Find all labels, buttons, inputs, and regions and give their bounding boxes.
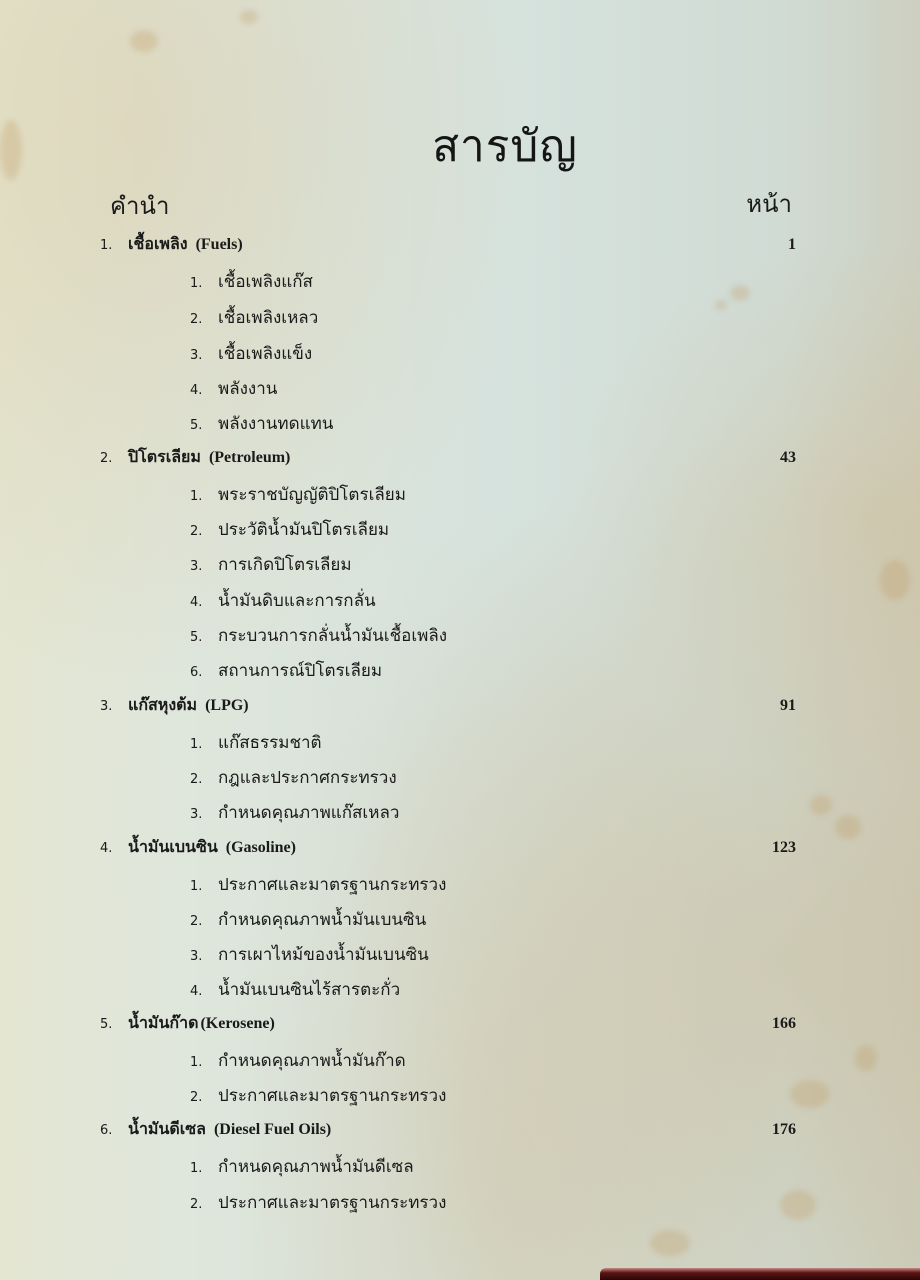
toc-section[interactable]: 1. พระราชบัญญัติปิโตรเลียม (190, 481, 406, 509)
chapter-page-number: 1 (788, 236, 796, 254)
chapter-title-en: (Kerosene) (200, 1015, 274, 1033)
paper-stain (730, 285, 750, 301)
chapter-title-en: (Gasoline) (226, 839, 296, 857)
section-title: ประกาศและมาตรฐานกระทรวง (218, 1082, 446, 1109)
toc-section[interactable]: 3. กำหนดคุณภาพแก๊สเหลว (190, 799, 399, 827)
chapter-title-en: (Petroleum) (209, 449, 290, 467)
chapter-page-number: 91 (780, 697, 796, 715)
chapter-number: 6. (100, 1123, 128, 1138)
chapter-page-number: 176 (772, 1121, 796, 1139)
paper-stain (130, 30, 158, 52)
paper-stain (715, 300, 727, 310)
section-number: 1. (190, 1161, 218, 1176)
section-title: น้ำมันดิบและการกลั่น (218, 587, 376, 614)
section-number: 1. (190, 489, 218, 504)
toc-section[interactable]: 4. น้ำมันเบนซินไร้สารตะกั่ว (190, 976, 400, 1004)
toc-section[interactable]: 3. การเผาไหม้ของน้ำมันเบนซิน (190, 941, 429, 969)
section-number: 1. (190, 276, 218, 291)
paper-stain (855, 1045, 877, 1071)
chapter-title-th: น้ำมันก๊าด (128, 1011, 198, 1036)
chapter-title-th: แก๊สหุงต้ม (128, 693, 197, 718)
toc-section[interactable]: 1. กำหนดคุณภาพน้ำมันก๊าด (190, 1047, 406, 1075)
toc-chapter[interactable]: 3. แก๊สหุงต้ม (LPG) 91 (100, 693, 796, 721)
chapter-title-en: (Diesel Fuel Oils) (214, 1121, 331, 1139)
chapter-page-number: 43 (780, 449, 796, 467)
paper-stain (835, 815, 861, 839)
chapter-title-th: น้ำมันดีเซล (128, 1117, 206, 1142)
chapter-number: 4. (100, 841, 128, 856)
section-title: กำหนดคุณภาพน้ำมันก๊าด (218, 1047, 406, 1074)
paper-stain (880, 560, 910, 600)
section-number: 2. (190, 524, 218, 539)
toc-chapter[interactable]: 6. น้ำมันดีเซล (Diesel Fuel Oils) 176 (100, 1117, 796, 1145)
toc-section[interactable]: 4. น้ำมันดิบและการกลั่น (190, 587, 376, 615)
chapter-title-th: เชื้อเพลิง (128, 232, 188, 257)
page-column-header: หน้า (746, 184, 792, 223)
chapter-number: 3. (100, 699, 128, 714)
page-title: สารบัญ (0, 111, 920, 181)
toc-section[interactable]: 3. เชื้อเพลิงแข็ง (190, 340, 312, 368)
section-number: 6. (190, 665, 218, 680)
section-number: 2. (190, 1197, 218, 1212)
section-title: กำหนดคุณภาพน้ำมันดีเซล (218, 1153, 414, 1180)
toc-section[interactable]: 5. พลังงานทดแทน (190, 410, 333, 438)
section-title: กำหนดคุณภาพแก๊สเหลว (218, 799, 399, 826)
toc-section[interactable]: 2. ประวัติน้ำมันปิโตรเลียม (190, 516, 389, 544)
section-title: เชื้อเพลิงเหลว (218, 304, 318, 331)
toc-section[interactable]: 1. แก๊สธรรมชาติ (190, 729, 322, 757)
paper-stain (650, 1230, 690, 1256)
paper-stain (240, 10, 258, 24)
section-title: กระบวนการกลั่นน้ำมันเชื้อเพลิง (218, 622, 447, 649)
toc-section[interactable]: 1. ประกาศและมาตรฐานกระทรวง (190, 871, 446, 899)
chapter-number: 1. (100, 238, 128, 253)
toc-section[interactable]: 1. กำหนดคุณภาพน้ำมันดีเซล (190, 1153, 414, 1181)
toc-section[interactable]: 2. ประกาศและมาตรฐานกระทรวง (190, 1082, 446, 1110)
section-title: ประกาศและมาตรฐานกระทรวง (218, 871, 446, 898)
chapter-title-en: (Fuels) (196, 236, 243, 254)
toc-section[interactable]: 2. กฎและประกาศกระทรวง (190, 764, 397, 792)
toc-section[interactable]: 6. สถานการณ์ปิโตรเลียม (190, 657, 382, 685)
book-cover-edge (600, 1268, 920, 1280)
section-title: น้ำมันเบนซินไร้สารตะกั่ว (218, 976, 400, 1003)
section-number: 2. (190, 1090, 218, 1105)
preface-label: คำนำ (110, 186, 169, 225)
toc-section[interactable]: 2. ประกาศและมาตรฐานกระทรวง (190, 1189, 446, 1217)
section-title: เชื้อเพลิงแข็ง (218, 340, 312, 367)
paper-stain (790, 1080, 830, 1108)
toc-section[interactable]: 5. กระบวนการกลั่นน้ำมันเชื้อเพลิง (190, 622, 447, 650)
chapter-number: 5. (100, 1017, 128, 1032)
toc-chapter[interactable]: 4. น้ำมันเบนซิน (Gasoline) 123 (100, 835, 796, 863)
section-number: 3. (190, 949, 218, 964)
section-title: กฎและประกาศกระทรวง (218, 764, 397, 791)
chapter-page-number: 166 (772, 1015, 796, 1033)
section-number: 4. (190, 383, 218, 398)
section-number: 1. (190, 879, 218, 894)
section-number: 4. (190, 595, 218, 610)
toc-chapter[interactable]: 5. น้ำมันก๊าด (Kerosene) 166 (100, 1011, 796, 1039)
paper-stain (780, 1190, 816, 1220)
section-title: การเผาไหม้ของน้ำมันเบนซิน (218, 941, 429, 968)
section-title: พระราชบัญญัติปิโตรเลียม (218, 481, 406, 508)
toc-section[interactable]: 1. เชื้อเพลิงแก๊ส (190, 268, 313, 296)
section-number: 5. (190, 630, 218, 645)
section-number: 1. (190, 1055, 218, 1070)
section-title: แก๊สธรรมชาติ (218, 729, 322, 756)
section-number: 2. (190, 772, 218, 787)
toc-section[interactable]: 2. เชื้อเพลิงเหลว (190, 304, 318, 332)
section-number: 2. (190, 914, 218, 929)
section-number: 3. (190, 559, 218, 574)
section-title: การเกิดปิโตรเลียม (218, 551, 352, 578)
toc-chapter[interactable]: 1. เชื้อเพลิง (Fuels) 1 (100, 232, 796, 260)
chapter-title-th: น้ำมันเบนซิน (128, 835, 218, 860)
section-title: พลังงานทดแทน (218, 410, 333, 437)
section-title: เชื้อเพลิงแก๊ส (218, 268, 313, 295)
section-number: 5. (190, 418, 218, 433)
chapter-page-number: 123 (772, 839, 796, 857)
section-title: ประวัติน้ำมันปิโตรเลียม (218, 516, 389, 543)
chapter-number: 2. (100, 451, 128, 466)
section-title: ประกาศและมาตรฐานกระทรวง (218, 1189, 446, 1216)
toc-section[interactable]: 2. กำหนดคุณภาพน้ำมันเบนซิน (190, 906, 426, 934)
chapter-title-th: ปิโตรเลียม (128, 445, 201, 470)
section-number: 3. (190, 807, 218, 822)
section-title: พลังงาน (218, 375, 277, 402)
scanned-page: สารบัญ คำนำ หน้า 1. เชื้อเพลิง (Fuels) 1… (0, 0, 920, 1280)
chapter-title-en: (LPG) (205, 697, 249, 715)
section-title: สถานการณ์ปิโตรเลียม (218, 657, 382, 684)
section-number: 3. (190, 348, 218, 363)
section-number: 2. (190, 312, 218, 327)
paper-stain (810, 795, 832, 815)
section-number: 4. (190, 984, 218, 999)
toc-chapter[interactable]: 2. ปิโตรเลียม (Petroleum) 43 (100, 445, 796, 473)
toc-section[interactable]: 3. การเกิดปิโตรเลียม (190, 551, 352, 579)
toc-section[interactable]: 4. พลังงาน (190, 375, 277, 403)
section-number: 1. (190, 737, 218, 752)
section-title: กำหนดคุณภาพน้ำมันเบนซิน (218, 906, 426, 933)
